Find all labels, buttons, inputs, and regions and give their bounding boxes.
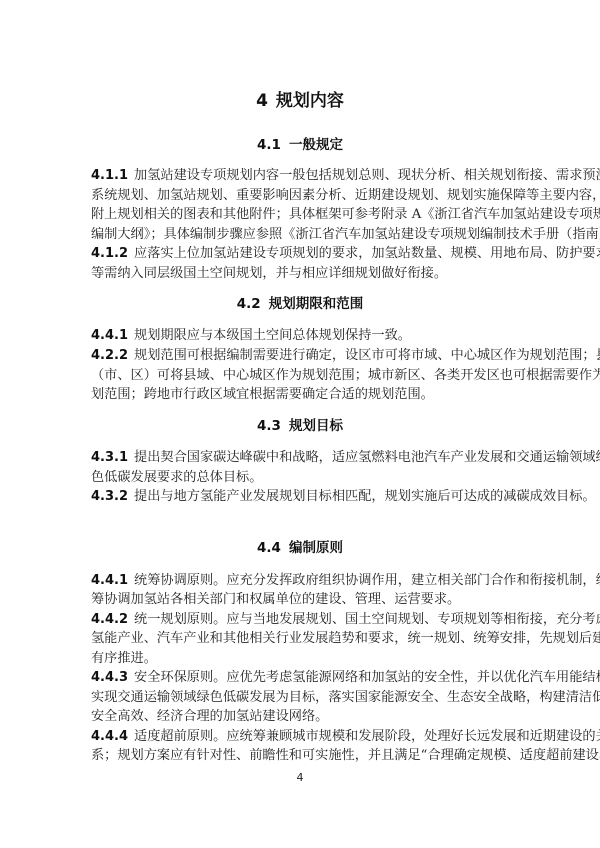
- clause-4-1-2-line-2: 等需纳入同层级国土空间规划，并与相应详细规划做好衔接。: [91, 264, 511, 284]
- section-number: 4.3: [257, 418, 281, 434]
- clause-4-4-3-line-3: 安全高效、经济合理的加氢站建设网络。: [91, 707, 511, 727]
- chapter-title: 规划内容: [276, 91, 344, 111]
- section-title: 编制原则: [289, 540, 343, 556]
- clause-4-2-2-line-2: （市、区）可将县域、中心城区作为规划范围；城市新区、各类开发区也可根据需要作为规: [91, 366, 511, 386]
- clause-4-4-2-line-2: 氢能产业、汽车产业和其他相关行业发展趋势和要求，统一规划、统筹安排，先规划后建设…: [91, 629, 511, 649]
- clause-number: 4.4.1: [91, 573, 128, 588]
- clause-number: 4.1.1: [91, 168, 128, 183]
- section-heading-4-3: 4.3规划目标: [0, 416, 600, 436]
- clause-4-1-1-line-3: 附上规划相关的图表和其他附件；具体框架可参考附录 A《浙江省汽车加氢站建设专项规…: [91, 205, 511, 225]
- section-heading-4-4: 4.4编制原则: [0, 538, 600, 558]
- clause-number: 4.4.4: [91, 729, 128, 744]
- clause-4-3-1-line-2: 色低碳发展要求的总体目标。: [91, 468, 511, 488]
- clause-4-1-1-line-2: 系统规划、加氢站规划、重要影响因素分析、近期建设规划、规划实施保障等主要内容，并: [91, 186, 511, 206]
- section-heading-4-1: 4.1一般规定: [0, 135, 600, 155]
- clause-number: 4.4.2: [91, 612, 128, 627]
- clause-4-1-1-line-1: 4.1.1加氢站建设专项规划内容一般包括规划总则、现状分析、相关规划衔接、需求预…: [91, 166, 511, 186]
- clause-number: 4.2.2: [91, 348, 128, 363]
- page-number: 4: [0, 770, 600, 786]
- clause-number: 4.4.1: [91, 328, 128, 343]
- document-page: 4规划内容 4.1一般规定 4.1.1加氢站建设专项规划内容一般包括规划总则、现…: [0, 0, 600, 848]
- section-title: 规划期限和范围: [269, 296, 364, 312]
- clause-4-4-3-line-2: 实现交通运输领域绿色低碳发展为目标，落实国家能源安全、生态安全战略，构建清洁低碳…: [91, 688, 511, 708]
- chapter-heading: 4规划内容: [0, 90, 600, 112]
- clause-4-4-2-line-3: 有序推进。: [91, 649, 511, 669]
- clause-number: 4.3.1: [91, 450, 128, 465]
- clause-4-4-1-line-2: 筹协调加氢站各相关部门和权属单位的建设、管理、运营要求。: [91, 590, 511, 610]
- section-number: 4.4: [257, 540, 281, 556]
- section-number: 4.2: [237, 296, 261, 312]
- section-heading-4-2: 4.2规划期限和范围: [0, 294, 600, 314]
- clause-number: 4.4.3: [91, 670, 128, 685]
- clause-4-3-2-line-1: 4.3.2提出与地方氢能产业发展规划目标相匹配，规划实施后可达成的减碳成效目标。: [91, 487, 511, 507]
- section-title: 一般规定: [289, 137, 343, 153]
- clause-number: 4.3.2: [91, 489, 128, 504]
- clause-4-4-3-line-1: 4.4.3安全环保原则。应优先考虑氢能源网络和加氢站的安全性，并以优化汽车用能结…: [91, 668, 511, 688]
- clause-4-3-1-line-1: 4.3.1提出契合国家碳达峰碳中和战略，适应氢燃料电池汽车产业发展和交通运输领域…: [91, 448, 511, 468]
- clause-4-2-2-line-1: 4.2.2规划范围可根据编制需要进行确定，设区市可将市域、中心城区作为规划范围；…: [91, 346, 511, 366]
- clause-4-4-4-line-1: 4.4.4适度超前原则。应统筹兼顾城市规模和发展阶段，处理好长远发展和近期建设的…: [91, 727, 511, 747]
- chapter-number: 4: [256, 91, 268, 111]
- clause-4-1-2-line-1: 4.1.2应落实上位加氢站建设专项规划的要求，加氢站数量、规模、用地布局、防护要…: [91, 244, 511, 264]
- clause-4-4-2-line-1: 4.4.2统一规划原则。应与当地发展规划、国土空间规划、专项规划等相衔接，充分考…: [91, 610, 511, 630]
- clause-4-4-1-line-1: 4.4.1统筹协调原则。应充分发挥政府组织协调作用，建立相关部门合作和衔接机制，…: [91, 571, 511, 591]
- section-number: 4.1: [257, 137, 281, 153]
- clause-number: 4.1.2: [91, 246, 128, 261]
- clause-4-2-1-line-1: 4.4.1规划期限应与本级国土空间总体规划保持一致。: [91, 326, 511, 346]
- clause-4-4-4-line-2: 系；规划方案应有针对性、前瞻性和可实施性，并且满足“合理确定规模、适度超前建设、: [91, 746, 511, 766]
- clause-4-2-2-line-3: 划范围；跨地市行政区域宜根据需要确定合适的规划范围。: [91, 385, 511, 405]
- clause-4-1-1-line-4: 编制大纲》；具体编制步骤应参照《浙江省汽车加氢站建设专项规划编制技术手册（指南）…: [91, 225, 511, 245]
- section-title: 规划目标: [289, 418, 343, 434]
